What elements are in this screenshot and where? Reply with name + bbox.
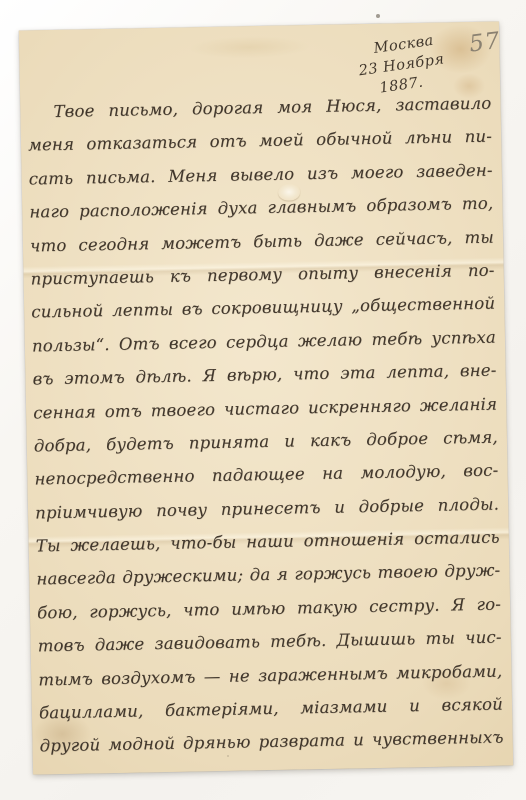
letter-photograph: 57 Москва 23 Ноября 1887. Твое письмо, д… bbox=[0, 0, 526, 800]
pencil-page-number: 57 bbox=[468, 28, 502, 58]
letter-paper: 57 Москва 23 Ноября 1887. Твое письмо, д… bbox=[19, 21, 513, 774]
dateline: Москва 23 Ноября 1887. bbox=[338, 27, 465, 103]
letter-body: Твое письмо, дорогая моя Нюся, заставило… bbox=[27, 94, 504, 771]
foxing-stain bbox=[169, 31, 330, 64]
